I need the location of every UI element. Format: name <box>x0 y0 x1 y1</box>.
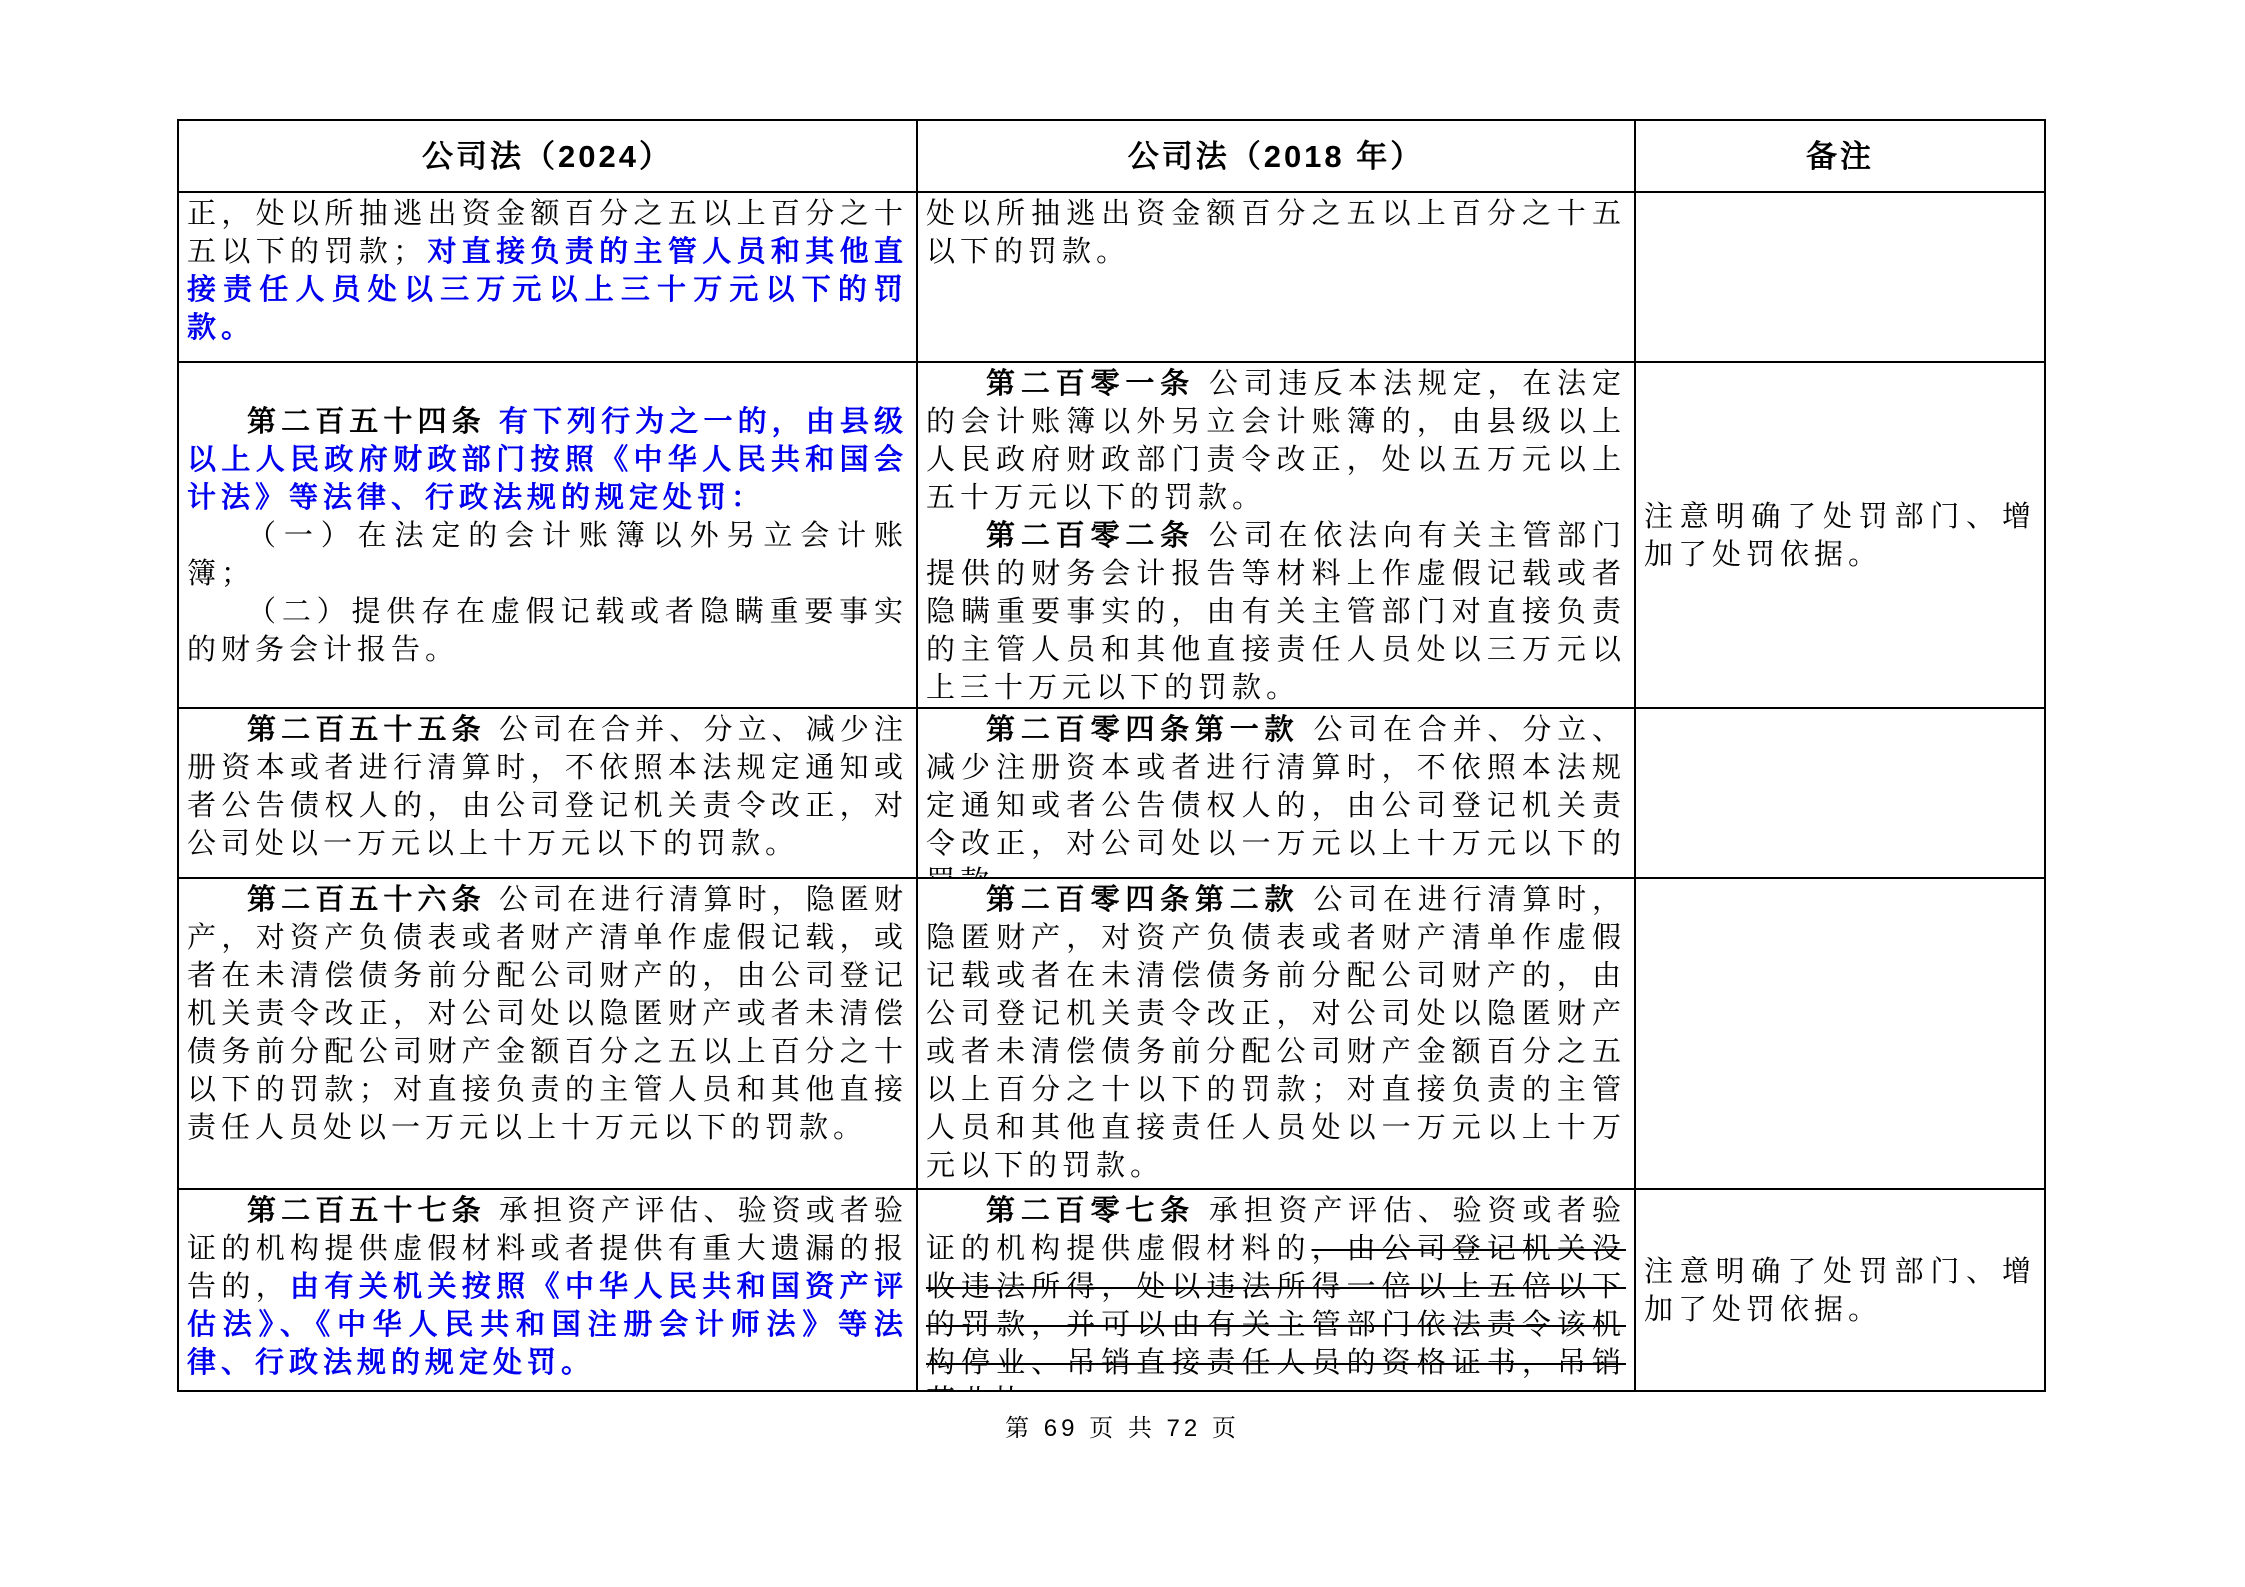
comparison-table: 公司法（2024） 公司法（2018 年） 备注 正，处以所抽逃出资金额百分之五… <box>177 119 2046 1392</box>
cell-c2018: 第二百零四条第一款 公司在合并、分立、减少注册资本或者进行清算时，不依照本法规定… <box>918 709 1636 879</box>
paragraph: 处以所抽逃出资金额百分之五以上百分之十五以下的罚款。 <box>926 195 1626 271</box>
document-page: { "page": { "footer": "第 69 页 共 72 页" },… <box>0 0 2245 1587</box>
table-row: 第二百五十五条 公司在合并、分立、减少注册资本或者进行清算时，不依照本法规定通知… <box>179 709 2046 879</box>
cell-c2024: 第二百五十四条 有下列行为之一的，由县级以上人民政府财政部门按照《中华人民共和国… <box>179 363 918 709</box>
paragraph: 第二百零七条 承担资产评估、验资或者验证的机构提供虚假材料的，由公司登记机关没收… <box>926 1192 1626 1392</box>
cell-note: 注意明确了处罚部门、增加了处罚依据。 <box>1636 363 2046 709</box>
cell-c2024: 第二百五十六条 公司在进行清算时，隐匿财产，对资产负债表或者财产清单作虚假记载，… <box>179 879 918 1190</box>
cell-note: 注意明确了处罚部门、增加了处罚依据。 <box>1636 1190 2046 1392</box>
paragraph: 注意明确了处罚部门、增加了处罚依据。 <box>1644 1253 2036 1329</box>
table-row: 第二百五十七条 承担资产评估、验资或者验证的机构提供虚假材料或者提供有重大遗漏的… <box>179 1190 2046 1392</box>
table-body: 正，处以所抽逃出资金额百分之五以上百分之十五以下的罚款；对直接负责的主管人员和其… <box>179 193 2046 1392</box>
cell-c2018: 第二百零四条第二款 公司在进行清算时，隐匿财产，对资产负债表或者财产清单作虚假记… <box>918 879 1636 1190</box>
cell-c2018: 第二百零一条 公司违反本法规定，在法定的会计账簿以外另立会计账簿的，由县级以上人… <box>918 363 1636 709</box>
header-cell-law-2024: 公司法（2024） <box>179 121 918 193</box>
header-cell-remarks: 备注 <box>1636 121 2046 193</box>
paragraph: 第二百零一条 公司违反本法规定，在法定的会计账簿以外另立会计账簿的，由县级以上人… <box>926 365 1626 517</box>
cell-note <box>1636 709 2046 879</box>
cell-c2018: 处以所抽逃出资金额百分之五以上百分之十五以下的罚款。 <box>918 193 1636 363</box>
table-row: 正，处以所抽逃出资金额百分之五以上百分之十五以下的罚款；对直接负责的主管人员和其… <box>179 193 2046 363</box>
page-footer: 第 69 页 共 72 页 <box>0 1408 2245 1443</box>
paragraph: 第二百零二条 公司在依法向有关主管部门提供的财务会计报告等材料上作虚假记载或者隐… <box>926 517 1626 707</box>
paragraph: 正，处以所抽逃出资金额百分之五以上百分之十五以下的罚款；对直接负责的主管人员和其… <box>187 195 908 347</box>
cell-note <box>1636 879 2046 1190</box>
paragraph: （一）在法定的会计账簿以外另立会计账簿； <box>187 517 908 593</box>
paragraph: （二）提供存在虚假记载或者隐瞒重要事实的财务会计报告。 <box>187 593 908 669</box>
table-row: 第二百五十六条 公司在进行清算时，隐匿财产，对资产负债表或者财产清单作虚假记载，… <box>179 879 2046 1190</box>
paragraph: 注意明确了处罚部门、增加了处罚依据。 <box>1644 498 2036 574</box>
header-cell-law-2018: 公司法（2018 年） <box>918 121 1636 193</box>
paragraph: 第二百五十七条 承担资产评估、验资或者验证的机构提供虚假材料或者提供有重大遗漏的… <box>187 1192 908 1382</box>
paragraph: 第二百五十四条 有下列行为之一的，由县级以上人民政府财政部门按照《中华人民共和国… <box>187 403 908 517</box>
paragraph: 第二百五十六条 公司在进行清算时，隐匿财产，对资产负债表或者财产清单作虚假记载，… <box>187 881 908 1147</box>
cell-c2024: 第二百五十七条 承担资产评估、验资或者验证的机构提供虚假材料或者提供有重大遗漏的… <box>179 1190 918 1392</box>
paragraph: 第二百零四条第二款 公司在进行清算时，隐匿财产，对资产负债表或者财产清单作虚假记… <box>926 881 1626 1185</box>
paragraph: 第二百零四条第一款 公司在合并、分立、减少注册资本或者进行清算时，不依照本法规定… <box>926 711 1626 879</box>
table-row: 第二百五十四条 有下列行为之一的，由县级以上人民政府财政部门按照《中华人民共和国… <box>179 363 2046 709</box>
cell-note <box>1636 193 2046 363</box>
paragraph: 第二百五十五条 公司在合并、分立、减少注册资本或者进行清算时，不依照本法规定通知… <box>187 711 908 863</box>
table-header-row: 公司法（2024） 公司法（2018 年） 备注 <box>179 121 2046 193</box>
cell-c2018: 第二百零七条 承担资产评估、验资或者验证的机构提供虚假材料的，由公司登记机关没收… <box>918 1190 1636 1392</box>
cell-c2024: 正，处以所抽逃出资金额百分之五以上百分之十五以下的罚款；对直接负责的主管人员和其… <box>179 193 918 363</box>
cell-c2024: 第二百五十五条 公司在合并、分立、减少注册资本或者进行清算时，不依照本法规定通知… <box>179 709 918 879</box>
